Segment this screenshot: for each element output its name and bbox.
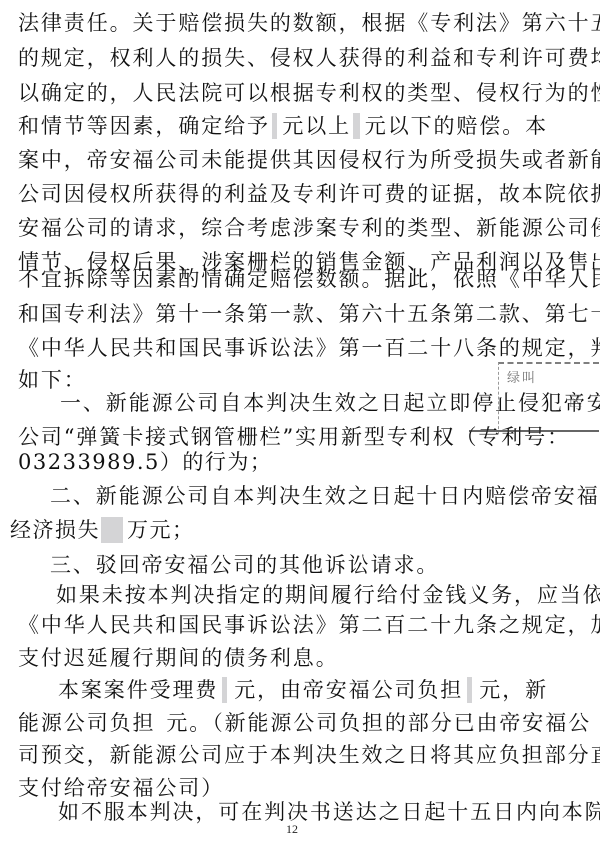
line-text: 司预交，新能源公司应于本判决生效之日将其应负担部分直接 [18,740,600,770]
page-number: 12 [286,822,298,837]
stamp-fragment: 绿叫 [507,370,537,388]
line-text: 元。（新能源公司负担的部分已由帝安福公 [166,708,591,738]
line-text: 的规定，权利人的损失、侵权人获得的利益和专利许可费均难 [18,43,600,73]
line-text: 不宜拆除等因素酌情确定赔偿数额。据此，依照《中华人民共 [18,264,600,294]
line-text: 如不服本判决，可在判决书送达之日起十五日内向本院提 [58,797,600,827]
text-line-6: 公司因侵权所获得的利益及专利许可费的证据，故本院依据帝 [18,179,548,209]
text-line-judgment-item-1: 一、新能源公司自本判决生效之日起立即停止侵犯帝安福 [60,388,548,418]
text-line-15: 03233989.5）的行为； [18,447,548,477]
line-text: 二、新能源公司自本判决生效之日起十日内赔偿帝安福公司 [50,481,600,511]
line-text: 《中华人民共和国民事诉讼法》第二百二十九条之规定，加倍 [18,610,600,640]
line-text: 三、驳回帝安福公司的其他诉讼请求。 [50,550,439,580]
text-line-4: 和情节等因素，确定给予 元以上 元以下的赔偿。本 [18,111,548,141]
text-line-7: 安福公司的请求，综合考虑涉案专利的类型、新能源公司侵权 [18,213,548,243]
line-text: 元，新 [479,675,548,705]
line-text: 支付迟延履行期间的债务利息。 [18,643,339,673]
text-line-20: 《中华人民共和国民事诉讼法》第二百二十九条之规定，加倍 [18,610,548,640]
text-line-5: 案中，帝安福公司未能提供其因侵权行为所受损失或者新能源 [18,145,548,175]
text-line-3: 以确定的，人民法院可以根据专利权的类型、侵权行为的性质 [18,78,548,108]
text-line-1: 法律责任。关于赔偿损失的数额，根据《专利法》第六十五条 [18,8,548,38]
text-line-22: 本案案件受理费 元，由帝安福公司负担 元，新 [58,675,548,705]
text-line-judgment-item-3: 三、驳回帝安福公司的其他诉讼请求。 [50,550,548,580]
line-text: 03233989.5）的行为； [18,447,272,477]
text-line-judgment-item-2: 二、新能源公司自本判决生效之日起十日内赔偿帝安福公司 [50,481,548,511]
text-line-11: 《中华人民共和国民事诉讼法》第一百二十八条的规定，判决 [18,333,548,363]
text-line-19: 如果未按本判决指定的期间履行给付金钱义务，应当依照 [56,580,548,610]
redacted-amount-max [353,113,360,139]
line-text: 和情节等因素，确定给予 [18,111,270,141]
text-line-21: 支付迟延履行期间的债务利息。 [18,643,548,673]
line-text: 公司因侵权所获得的利益及专利许可费的证据，故本院依据帝 [18,179,600,209]
line-text: 案中，帝安福公司未能提供其因侵权行为所受损失或者新能源 [18,145,600,175]
stamp-border-line [469,430,599,432]
redacted-plaintiff-fee-share [467,677,472,703]
line-text: 元以下的赔偿。本 [365,111,548,141]
line-text: 能源公司负担 [18,708,155,738]
line-text: 元以上 [282,111,351,141]
text-line-9: 不宜拆除等因素酌情确定赔偿数额。据此，依照《中华人民共 [18,264,548,294]
text-line-10: 和国专利法》第十一条第一款、第六十五条第二款、第七十条， [18,299,548,329]
line-text: 万元； [127,515,195,545]
redacted-case-fee [222,677,227,703]
document-page: 法律责任。关于赔偿损失的数额，根据《专利法》第六十五条 的规定，权利人的损失、侵… [0,0,600,845]
redacted-amount-min [272,113,277,139]
text-line-23: 能源公司负担 元。（新能源公司负担的部分已由帝安福公 [18,708,548,738]
line-text: 安福公司的请求，综合考虑涉案专利的类型、新能源公司侵权 [18,213,600,243]
line-text: 法律责任。关于赔偿损失的数额，根据《专利法》第六十五条 [18,8,600,38]
line-text: 本案案件受理费 [58,675,218,705]
court-seal-stamp: 绿叫 区 [498,362,599,434]
stamp-fragment: 区 [569,394,584,412]
line-text: 如果未按本判决指定的期间履行给付金钱义务，应当依照 [56,580,600,610]
text-line-2: 的规定，权利人的损失、侵权人获得的利益和专利许可费均难 [18,43,548,73]
line-text: 和国专利法》第十一条第一款、第六十五条第二款、第七十条， [18,299,600,329]
text-line-26: 如不服本判决，可在判决书送达之日起十五日内向本院提 [58,797,548,827]
text-line-24: 司预交，新能源公司应于本判决生效之日将其应负担部分直接 [18,740,548,770]
line-text: 元，由帝安福公司负担 [234,675,463,705]
line-text: 经济损失 [10,515,100,545]
text-line-17: 经济损失 万元； [10,515,540,545]
line-text: 以确定的，人民法院可以根据专利权的类型、侵权行为的性质 [18,78,600,108]
line-text: 《中华人民共和国民事诉讼法》第一百二十八条的规定，判决 [18,333,600,363]
redacted-damages-amount [101,517,123,543]
